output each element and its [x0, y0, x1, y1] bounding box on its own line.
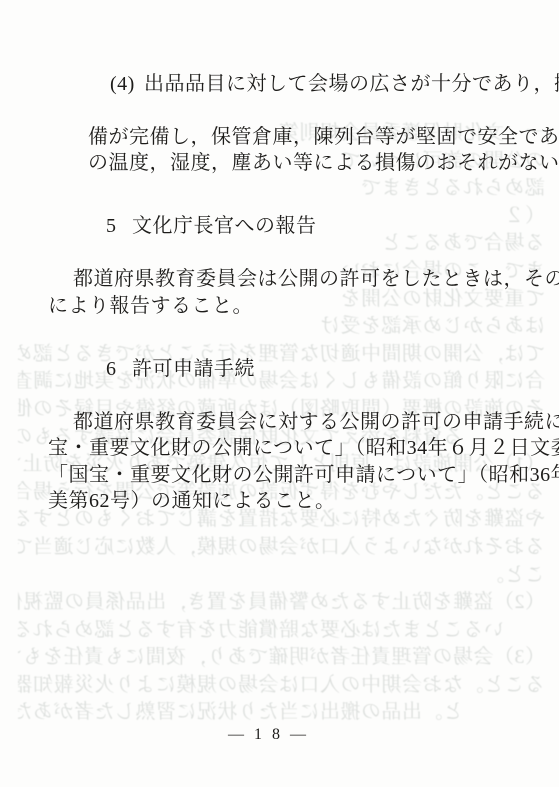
bleedthrough-line: ること。なお会期中の入口は会場の規模により火災報知器を設けるこ: [18, 672, 545, 700]
bleedthrough-line: と。出品の搬出に当たり状況に習熟した者があたること。: [18, 699, 545, 727]
bleedthrough-line: （2）盗難を防止するため警備員を置き，出品係員の監視体制が整って: [18, 589, 545, 617]
section-6-number: 6: [106, 356, 132, 383]
section-5-paragraph-wrap-lines: により報告すること。: [0, 293, 559, 320]
section-5-paragraph-first-line: 都道府県教育委員会は公開の許可をしたときは，そのつど別紙様式一: [0, 266, 559, 293]
list-item-4-text: の温度，湿度，塵あい等による損傷のおそれがないこと。: [0, 150, 559, 177]
bleedthrough-line: （3）会場の管理責任者が明確であり，夜間にも責任をもてる体制にあ: [18, 644, 545, 672]
list-item-4-text: 備が完備し，保管倉庫，陳列台等が堅固で安全であること。また会場: [0, 124, 559, 151]
section-5: 5文化庁長官への報告 都道府県教育委員会は公開の許可をしたときは，そのつど別紙様…: [0, 187, 559, 320]
section-6-paragraph-line: 「国宝・重要文化財の公開許可申請について」（昭和36年10月９日文委: [0, 462, 559, 489]
bleedthrough-line: いることまたは必要な賠償能力を有すると認められること。: [18, 617, 545, 645]
section-5-header: 5文化庁長官への報告: [0, 187, 559, 267]
list-item-4: (4)出品品目に対して会場の広さが十分であり，搬入，搬出のための設 備が完備し，…: [0, 44, 559, 177]
document-page: 一 文化財保護委員会規則第の公開の許可について認められるときまで（２ る場合であ…: [0, 0, 559, 787]
section-6-paragraph-first-line: 都道府県教育委員会に対する公開の許可の申請手続については，「国: [0, 409, 559, 436]
section-6-header: 6許可申請手続: [0, 329, 559, 409]
section-6-paragraph-wrap-lines: 宝・重要文化財の公開について」（昭和34年６月２日文委美第24号），「国宝・重要…: [0, 435, 559, 515]
list-item-4-first-line: (4)出品品目に対して会場の広さが十分であり，搬入，搬出のための設: [0, 44, 559, 124]
page-content: (4)出品品目に対して会場の広さが十分であり，搬入，搬出のための設 備が完備し，…: [0, 44, 559, 525]
bleedthrough-line: こと。: [18, 562, 545, 590]
page-number: — 1 8 —: [0, 726, 537, 744]
section-5-paragraph-line: により報告すること。: [0, 293, 559, 320]
list-item-4-marker: (4): [110, 71, 144, 98]
section-5-number: 5: [106, 213, 132, 240]
section-6-paragraph-line: 美第62号）の通知によること。: [0, 488, 559, 515]
section-6-paragraph-line: 宝・重要文化財の公開について」（昭和34年６月２日文委美第24号），: [0, 435, 559, 462]
section-6-title: 許可申請手続: [132, 358, 255, 380]
section-6: 6許可申請手続 都道府県教育委員会に対する公開の許可の申請手続については，「国 …: [0, 329, 559, 515]
list-item-4-text: 出品品目に対して会場の広さが十分であり，搬入，搬出のための設: [144, 73, 559, 95]
section-5-title: 文化庁長官への報告: [132, 215, 317, 237]
list-item-4-wrap-lines: 備が完備し，保管倉庫，陳列台等が堅固で安全であること。また会場の温度，湿度，塵あ…: [0, 124, 559, 177]
bleedthrough-line: るおそれがないよう入口が会場の規模，人数に応じ適当であること: [18, 534, 545, 562]
